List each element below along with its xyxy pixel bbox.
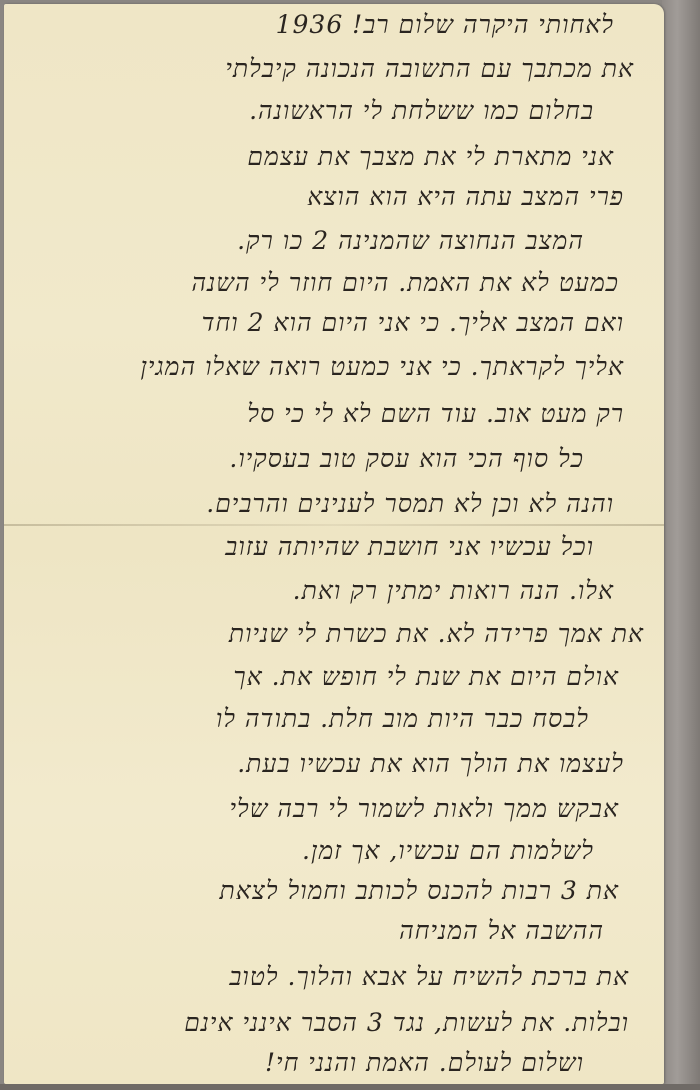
letter-line: את ברכת להשיח על אבא והלוך. לטוב [229, 962, 629, 992]
letter-line: לעצמו את הולך הוא את עכשיו בעת. [237, 749, 624, 779]
letter-line: את מכתבך עם התשובה הנכונה קיבלתי [225, 54, 634, 84]
letter-line: ושלום לעולם. האמת והנני חי! [265, 1048, 584, 1078]
letter-paper: לאחותי היקרה שלום רב! 1936את מכתבך עם הת… [4, 4, 664, 1084]
letter-line: בחלום כמו ששלחת לי הראשונה. [249, 96, 594, 126]
photo-frame-bottom [0, 1084, 700, 1090]
letter-line: את אמך פרידה לא. את כשרת לי שניות [229, 619, 644, 649]
photo-frame-edge [662, 0, 700, 1090]
letter-line: פרי המצב עתה היא הוא הוצא [307, 182, 624, 212]
letter-line: והנה לא וכן לא תמסר לענינים והרבים. [206, 489, 614, 519]
letter-line: אני מתארת לי את מצבך את עצמם [247, 142, 614, 172]
letter-line: לבסח כבר היות מוב חלת. בתודה לו [216, 704, 589, 734]
letter-line: כל סוף הכי הוא עסק טוב בעסקיו. [229, 444, 584, 474]
letter-line: אבקש ממך ולאות לשמור לי רבה שלי [229, 794, 619, 824]
letter-line: כמעט לא את האמת. היום חוזר לי השנה [191, 268, 619, 298]
letter-line: לאחותי היקרה שלום רב! 1936 [276, 10, 614, 40]
letter-line: לשלמות הם עכשיו, אך זמן. [302, 836, 594, 866]
letter-line: רק מעט אוב. עוד השם לא לי כי סל [247, 399, 624, 429]
letter-line: אליך לקראתך. כי אני כמעט רואה שאלו המגין [140, 352, 624, 382]
letter-line: אולם היום את שנת לי חופש את. אך [233, 662, 619, 692]
letter-line: המצב הנחוצה שהמנינה 2 כו רק. [237, 226, 584, 256]
letter-line: וכל עכשיו אני חושבת שהיותה עזוב [225, 532, 594, 562]
letter-line: ההשבה אל המניחה [399, 916, 604, 946]
letter-line: את 3 רבות להכנס לכותב וחמול לצאת [220, 876, 619, 906]
letter-line: אלו. הנה רואות ימתין רק ואת. [293, 576, 614, 606]
letter-line: ואם המצב אליך. כי אני היום הוא 2 וחד [202, 308, 624, 338]
handwritten-letter: לאחותי היקרה שלום רב! 1936את מכתבך עם הת… [14, 4, 654, 1084]
letter-line: ובלות. את לעשות, נגד 3 הסבר אינני אינם [184, 1008, 629, 1038]
